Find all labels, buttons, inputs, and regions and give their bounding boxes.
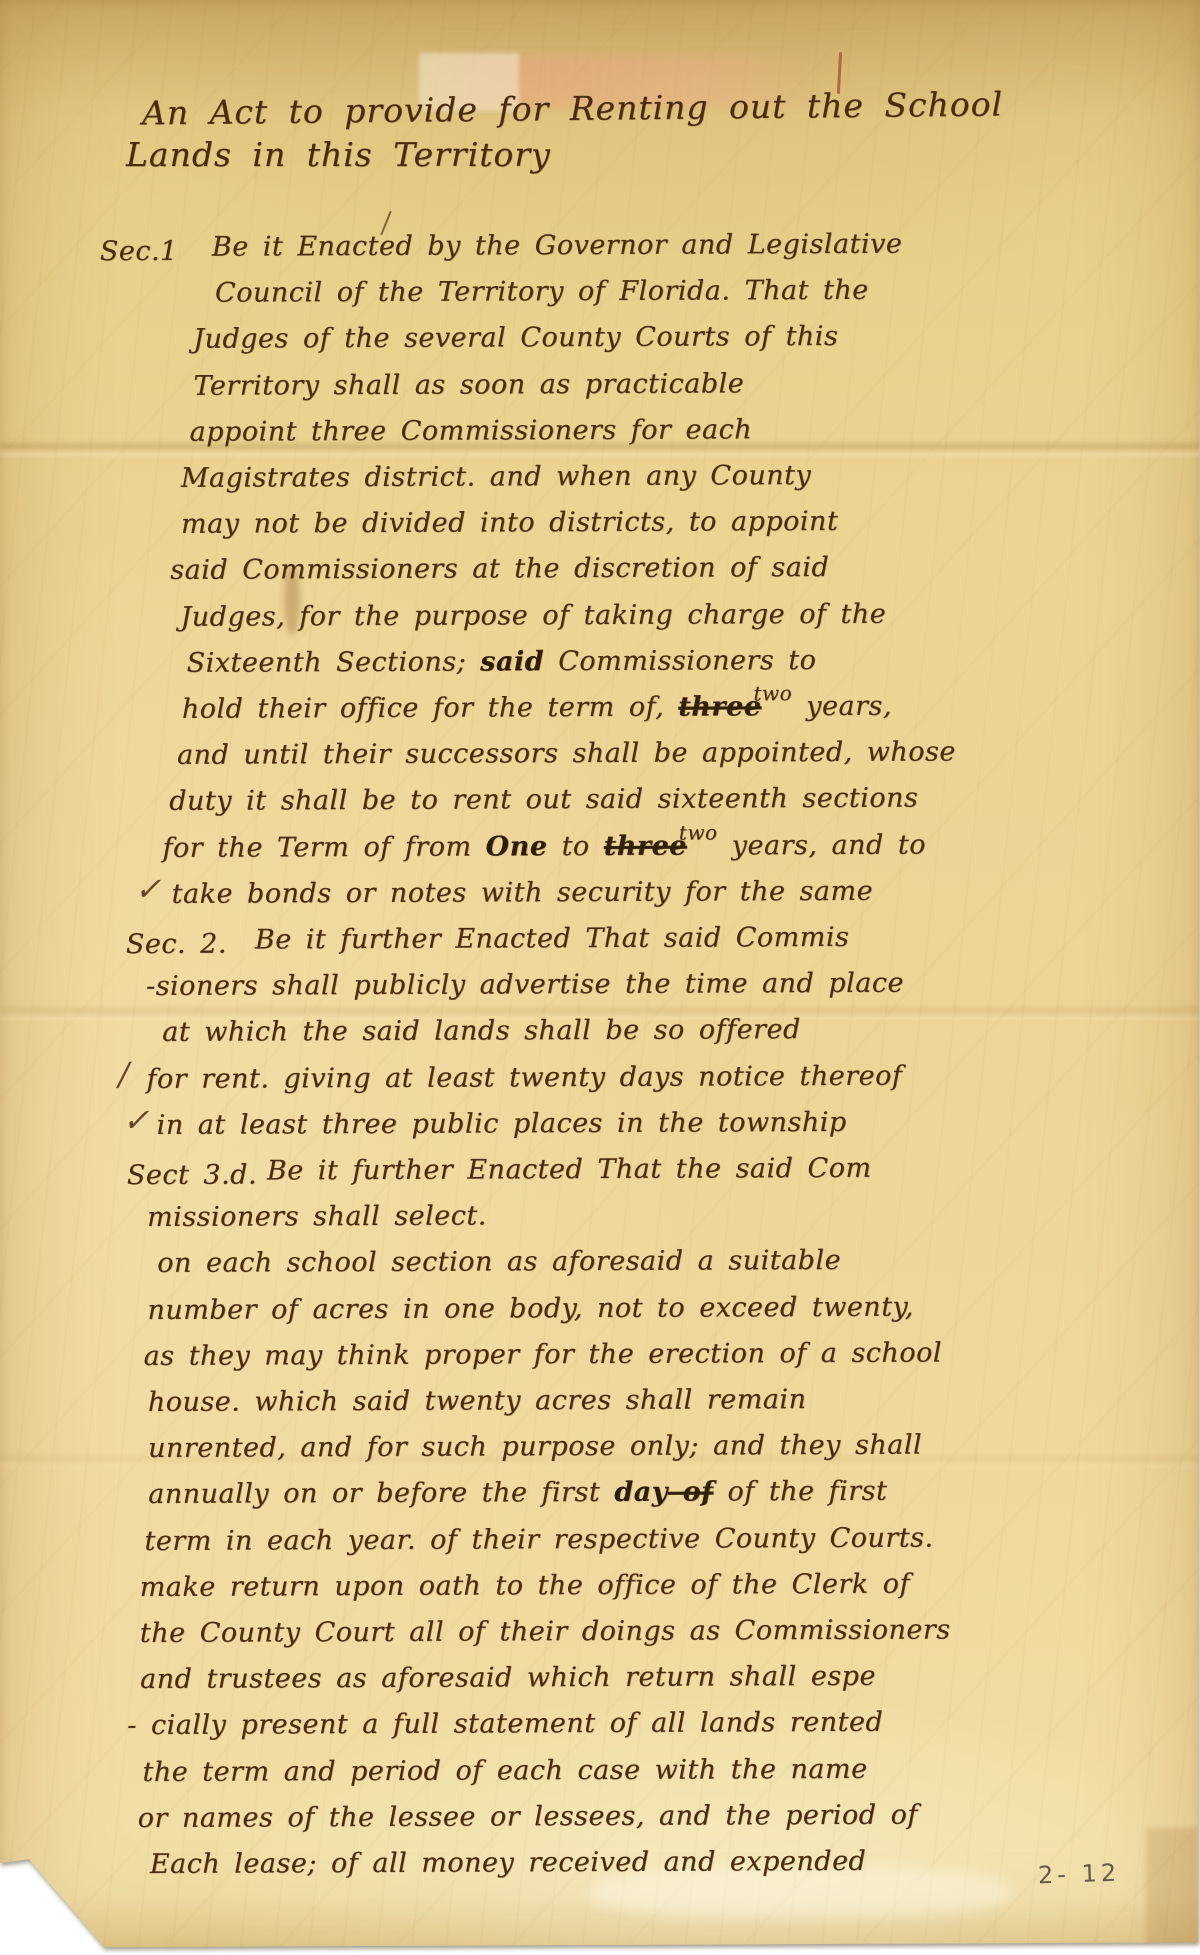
manuscript-line: may not be divided into districts, to ap…	[181, 508, 838, 538]
manuscript-line: make return upon oath to the office of t…	[140, 1570, 910, 1600]
handwriting-heavy-word: One	[486, 831, 548, 862]
handwriting-text: in at least three public places in the t…	[157, 1107, 847, 1141]
handwriting-text: missioners shall select.	[147, 1201, 487, 1233]
section-label: Sec.1	[100, 238, 178, 265]
margin-check-mark: ✓	[135, 873, 162, 905]
handwriting-text: house. which said twenty acres shall rem…	[148, 1384, 807, 1418]
manuscript-line: as they may think proper for the erectio…	[144, 1339, 942, 1369]
page-number-annotation: 2- 12	[1038, 1861, 1121, 1888]
handwriting-heavy-word: day	[614, 1477, 668, 1508]
handwriting-text: Territory shall as soon as practicable	[193, 368, 744, 401]
manuscript-line: Be it further Enacted That said Commis	[255, 924, 850, 954]
manuscript-line: annually on or before the first day of o…	[148, 1478, 887, 1508]
handwriting-text: annually on or before the first	[148, 1477, 614, 1510]
handwriting-text: Commissioners to	[544, 645, 816, 677]
handwriting-text: Magistrates district. and when any Count…	[181, 460, 812, 494]
manuscript-line: Each lease; of all money received and ex…	[150, 1848, 867, 1878]
handwriting-heavy-word: said	[480, 646, 544, 677]
handwriting-text: Council of the Territory of Florida. Tha…	[215, 275, 869, 309]
manuscript-line: for the Term of from One to threetwo yea…	[162, 831, 926, 861]
manuscript-line: unrented, and for such purpose only; and…	[148, 1432, 922, 1462]
handwriting-struck-word: three	[604, 830, 687, 861]
handwriting-text: the term and period of each case with th…	[142, 1753, 867, 1787]
handwriting-text: or names of the lessee or lessees, and t…	[138, 1799, 918, 1833]
manuscript-line: and until their successors shall be appo…	[177, 739, 956, 769]
manuscript-line: Judges, for the purpose of taking charge…	[180, 600, 886, 630]
handwriting-text: number of acres in one body, not to exce…	[147, 1291, 913, 1325]
handwriting-text: hold their office for the term of,	[182, 692, 679, 725]
handwriting-text: of the first	[713, 1476, 887, 1508]
section-label: Sect 3.d.	[127, 1161, 257, 1189]
handwriting-text: at which the said lands shall be so offe…	[162, 1015, 801, 1049]
handwriting-text: as they may think proper for the erectio…	[144, 1337, 942, 1371]
manuscript-body: Sec.1Be it Enacted by the Governor and L…	[0, 0, 1200, 1955]
manuscript-line: -sioners shall publicly advertise the ti…	[146, 970, 904, 1000]
manuscript-line: term in each year. of their respective C…	[144, 1524, 933, 1554]
manuscript-line: number of acres in one body, not to exce…	[147, 1293, 913, 1323]
handwriting-inserted-word: two	[753, 683, 792, 703]
manuscript-line: in at least three public places in the t…	[157, 1109, 847, 1139]
manuscript-line: for rent. giving at least twenty days no…	[146, 1062, 902, 1092]
margin-check-mark: ✓	[123, 1104, 150, 1136]
handwriting-text: Sixteenth Sections;	[187, 646, 481, 678]
handwriting-text: for rent. giving at least twenty days no…	[146, 1060, 902, 1094]
manuscript-line: Sixteenth Sections; said Commissioners t…	[187, 647, 817, 677]
manuscript-line: at which the said lands shall be so offe…	[162, 1017, 801, 1047]
handwriting-inserted-word: two	[679, 822, 718, 842]
margin-check-mark: /	[118, 1058, 129, 1090]
handwriting-text: to	[547, 831, 603, 862]
handwriting-struck-word: three	[678, 691, 761, 722]
manuscript-line: Be it Enacted by the Governor and Legisl…	[212, 231, 903, 261]
manuscript-line: missioners shall select.	[147, 1203, 487, 1231]
manuscript-line: the term and period of each case with th…	[142, 1755, 867, 1785]
handwriting-text: years, and to	[718, 829, 926, 861]
manuscript-line: or names of the lessee or lessees, and t…	[138, 1801, 918, 1831]
handwriting-text: years,	[792, 691, 892, 722]
handwriting-text: duty it shall be to rent out said sixtee…	[169, 783, 918, 817]
handwriting-text: the County Court all of their doings as …	[140, 1614, 951, 1649]
manuscript-line: Magistrates district. and when any Count…	[181, 462, 811, 492]
handwriting-text: Each lease; of all money received and ex…	[150, 1846, 867, 1880]
manuscript-line: and trustees as aforesaid which return s…	[140, 1663, 876, 1693]
handwriting-text: Be it further Enacted That the said Com	[267, 1153, 872, 1187]
manuscript-line: said Commissioners at the discretion of …	[170, 554, 829, 584]
manuscript-line: Council of the Territory of Florida. Tha…	[215, 277, 869, 307]
manuscript-line: appoint three Commissioners for each	[190, 416, 753, 445]
manuscript-line: hold their office for the term of, three…	[182, 693, 892, 723]
manuscript-line: - cially present a full statement of all…	[127, 1709, 883, 1739]
manuscript-line: Be it further Enacted That the said Com	[267, 1155, 872, 1185]
manuscript-line: the County Court all of their doings as …	[140, 1616, 951, 1647]
handwriting-text: said Commissioners at the discretion of …	[170, 552, 829, 586]
handwriting-text: take bonds or notes with security for th…	[172, 876, 874, 910]
handwriting-text: Be it further Enacted That said Commis	[255, 922, 850, 956]
manuscript-line: Territory shall as soon as practicable	[193, 370, 744, 399]
handwriting-text: on each school section as aforesaid a su…	[157, 1245, 841, 1279]
handwriting-text: - cially present a full statement of all…	[127, 1707, 883, 1741]
handwriting-text: Be it Enacted by the Governor and Legisl…	[212, 229, 903, 263]
handwriting-text: make return upon oath to the office of t…	[140, 1568, 910, 1602]
manuscript-line: house. which said twenty acres shall rem…	[148, 1386, 807, 1416]
handwriting-text: for the Term of from	[162, 831, 485, 863]
handwriting-text: -sioners shall publicly advertise the ti…	[146, 968, 904, 1002]
manuscript-line: duty it shall be to rent out said sixtee…	[169, 785, 918, 815]
handwriting-struck-word: of	[668, 1477, 714, 1508]
manuscript-page: An Act to provide for Renting out the Sc…	[0, 0, 1200, 1955]
handwriting-text: and trustees as aforesaid which return s…	[140, 1661, 876, 1695]
document-scan: An Act to provide for Renting out the Sc…	[0, 0, 1200, 1955]
section-label: Sec. 2.	[126, 931, 227, 958]
handwriting-text: and until their successors shall be appo…	[177, 737, 956, 771]
manuscript-line: Judges of the several County Courts of t…	[193, 323, 838, 353]
handwriting-text: may not be divided into districts, to ap…	[181, 506, 838, 540]
handwriting-text: Judges, for the purpose of taking charge…	[180, 598, 886, 632]
handwriting-text: Judges of the several County Courts of t…	[193, 321, 838, 355]
manuscript-line: take bonds or notes with security for th…	[172, 878, 874, 908]
handwriting-text: unrented, and for such purpose only; and…	[148, 1430, 922, 1464]
manuscript-line: on each school section as aforesaid a su…	[157, 1247, 841, 1277]
handwriting-text: appoint three Commissioners for each	[190, 414, 753, 447]
handwriting-text: term in each year. of their respective C…	[144, 1522, 933, 1556]
